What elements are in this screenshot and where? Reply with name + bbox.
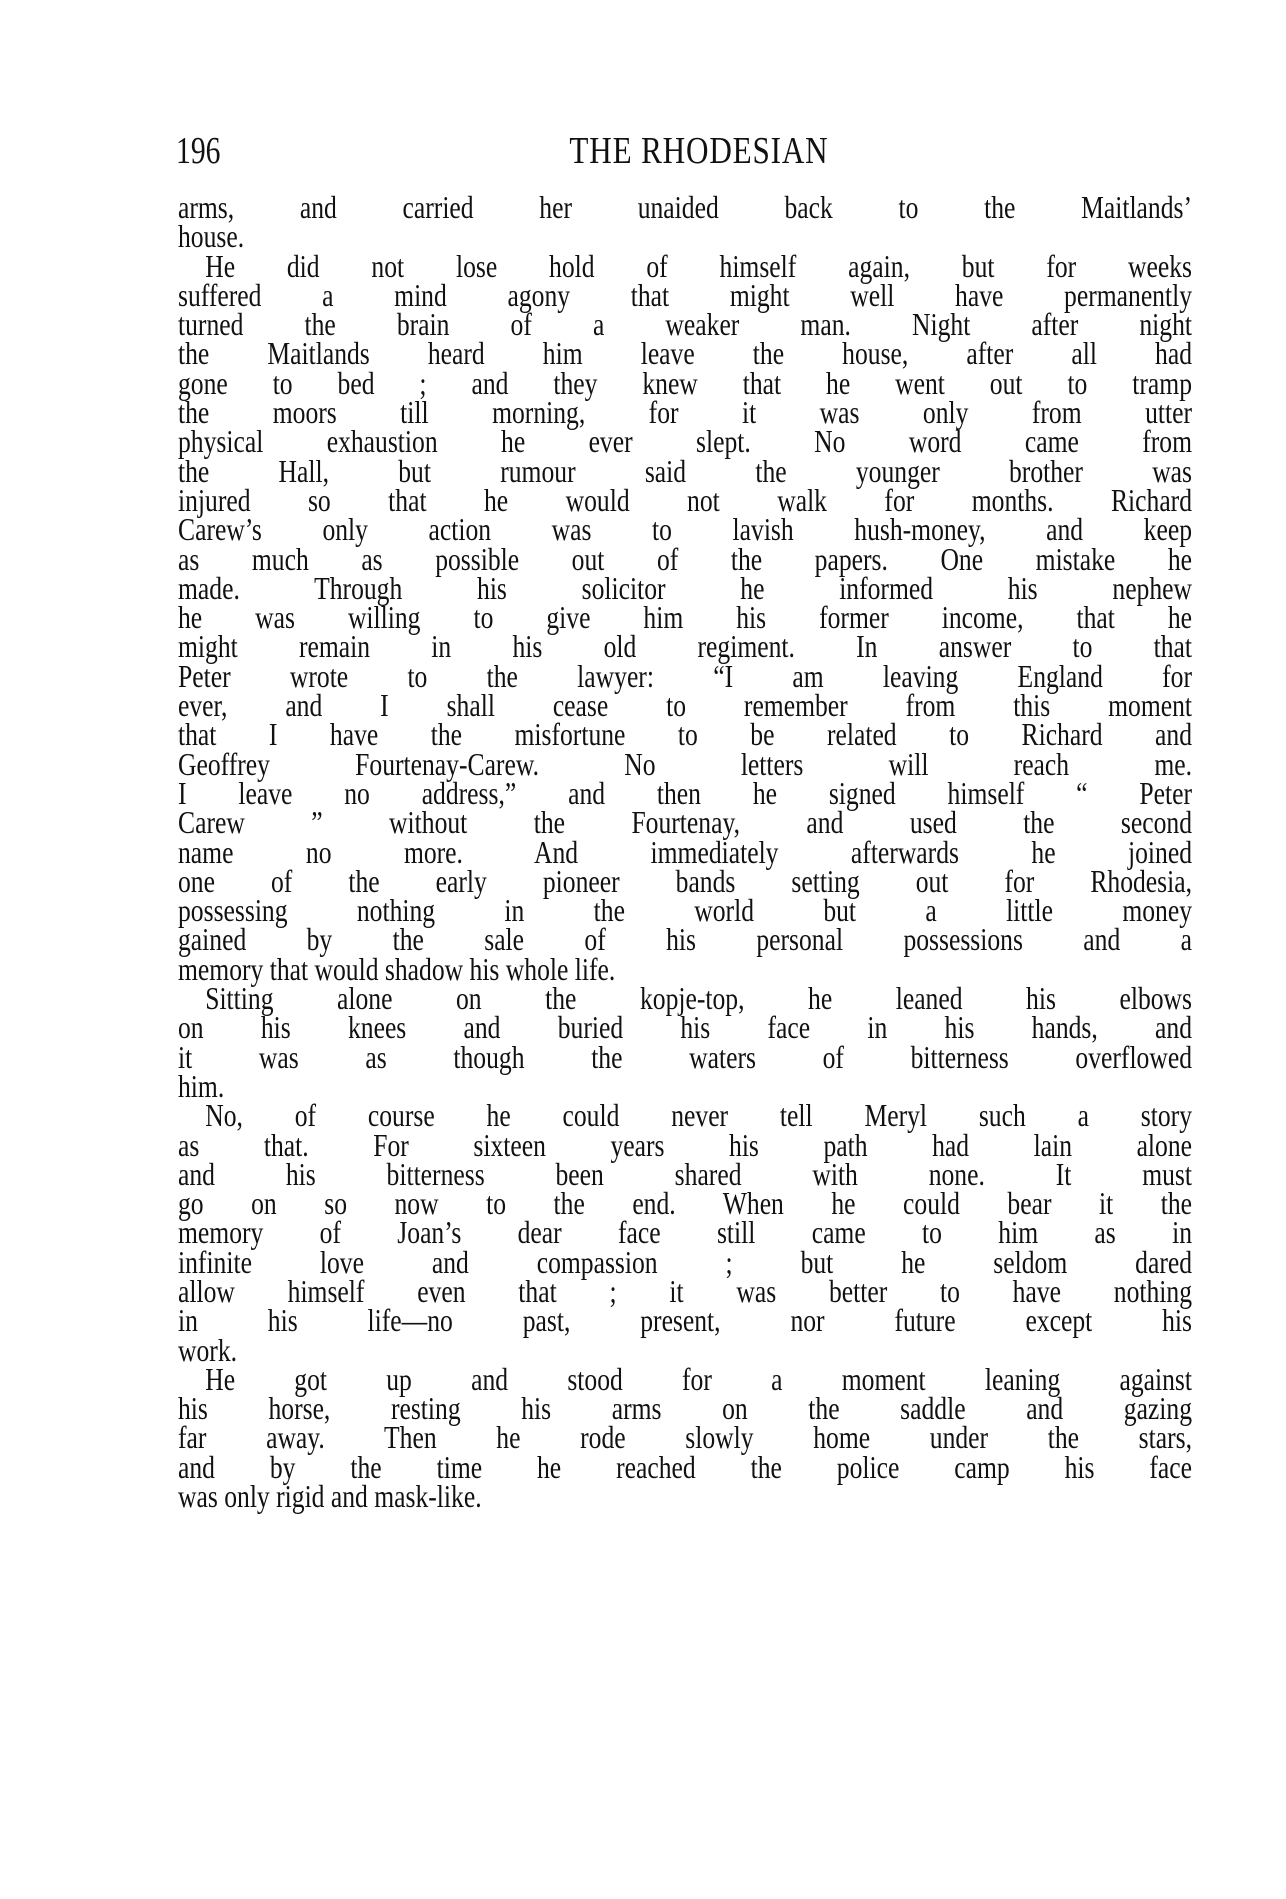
page-header: 196 THE RHODESIAN [176,128,1192,174]
text-line-scaler: arms, and carried her unaided back to th… [178,193,1192,222]
body-text: arms, and carried her unaided back to th… [178,193,1192,1511]
text-line-content: in his life—no past, present, nor future… [178,1306,1192,1335]
text-line-content: was only rigid and mask-like. [178,1482,1192,1511]
text-line-scaler: it was as though the waters of bitternes… [178,1043,1192,1072]
paragraph: No, of course he could never tell Meryl … [178,1101,1192,1365]
text-line-scaler: in his life—no past, present, nor future… [178,1306,1192,1335]
paragraph: arms, and carried her unaided back to th… [178,193,1192,252]
running-title: THE RHODESIAN [176,128,1192,174]
paragraph: He got up and stood for a moment leaning… [178,1365,1192,1511]
running-title-text: THE RHODESIAN [569,128,828,174]
text-line: in his life—no past, present, nor future… [178,1306,1192,1335]
text-line-content: it was as though the waters of bitternes… [178,1043,1192,1072]
paragraph: He did not lose hold of himself again, b… [178,252,1192,984]
text-line-content: arms, and carried her unaided back to th… [178,193,1192,222]
text-line: was only rigid and mask-like. [178,1482,1192,1511]
text-line: it was as though the waters of bitternes… [178,1043,1192,1072]
text-line-scaler: was only rigid and mask-like. [178,1482,1192,1511]
text-line: arms, and carried her unaided back to th… [178,193,1192,222]
paragraph: Sitting alone on the kopje-top, he leane… [178,984,1192,1101]
